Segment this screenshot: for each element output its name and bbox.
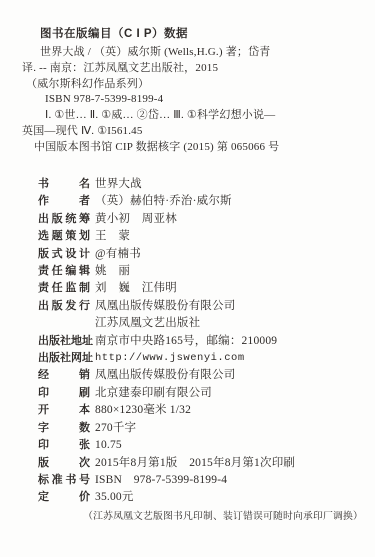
colophon-row: 责任监制刘 巍 江伟明 [38,280,367,297]
row-value: 35.00元 [95,489,367,506]
colophon-row: 字数270千字 [38,420,367,437]
colophon-row: 印刷北京建泰印刷有限公司 [38,385,367,402]
row-label: 出版统筹 [38,211,90,228]
row-value-line: 凤凰出版传媒股份有限公司 [95,298,367,315]
cip-line: 译. -- 南京：江苏凤凰文艺出版社，2015 [22,61,375,77]
cip-line: （威尔斯科幻作品系列） [26,77,375,93]
row-value: 刘 巍 江伟明 [95,280,367,297]
row-label: 选题策划 [38,228,90,245]
row-value: 姚 丽 [95,263,367,280]
row-value: 10.75 [95,437,367,454]
colophon-row: 定价35.00元 [38,489,367,506]
row-label: 标准书号 [38,472,90,489]
colophon-row: 作者（英）赫伯特·乔治·威尔斯 [38,193,367,210]
row-value: 北京建泰印刷有限公司 [95,385,367,402]
row-label: 责任监制 [38,280,90,297]
colophon-list: 书名世界大战作者（英）赫伯特·乔治·威尔斯出版统筹黄小初 周亚林选题策划王 蒙版… [38,176,367,507]
row-value-line: 刘 巍 江伟明 [95,280,367,297]
row-label: 开本 [38,402,90,419]
colophon-row: 经销凤凰出版传媒股份有限公司 [38,367,367,384]
row-value-line: @有楠书 [95,246,367,263]
colophon-row: 出版社地址南京市中央路165号，邮编：210009 [38,333,367,350]
row-label: 字数 [38,420,90,437]
colophon-row: 标准书号ISBN 978-7-5399-8199-4 [38,472,367,489]
row-value: 黄小初 周亚林 [95,211,367,228]
colophon-row: 印张10.75 [38,437,367,454]
row-value-line: 2015年8月第1版 2015年8月第1次印刷 [95,455,367,472]
colophon-row: 版式设计@有楠书 [38,246,367,263]
row-value: ISBN 978-7-5399-8199-4 [95,472,367,489]
colophon-row: 出版社网址http://www.jswenyi.com [38,350,367,367]
footer-note: （江苏凤凰文艺版图书凡印制、装订错误可随时向承印厂调换） [0,508,363,522]
cip-lines: 世界大战 / （英）威尔斯 (Wells,H.G.) 著；岱青译. -- 南京：… [0,45,375,156]
row-label: 版次 [38,455,90,472]
row-value: 凤凰出版传媒股份有限公司江苏凤凰文艺出版社 [95,298,367,333]
row-value: （英）赫伯特·乔治·威尔斯 [95,193,367,210]
colophon-row: 书名世界大战 [38,176,367,193]
row-label: 出版社网址 [38,350,90,367]
row-label: 书名 [38,176,90,193]
colophon-row: 责任编辑姚 丽 [38,263,367,280]
row-label: 责任编辑 [38,263,90,280]
row-value-line: 南京市中央路165号，邮编：210009 [95,333,367,350]
row-value-line: 世界大战 [95,176,367,193]
row-value-line: 880×1230毫米 1/32 [95,402,367,419]
row-value: 880×1230毫米 1/32 [95,402,367,419]
row-label: 版式设计 [38,246,90,263]
row-value-line: 江苏凤凰文艺出版社 [95,315,367,332]
colophon-row: 版次2015年8月第1版 2015年8月第1次印刷 [38,455,367,472]
row-label: 印刷 [38,385,90,402]
copyright-page: 图书在版编目（C I P）数据 世界大战 / （英）威尔斯 (Wells,H.G… [0,0,375,557]
row-value-line: 北京建泰印刷有限公司 [95,385,367,402]
row-value: 2015年8月第1版 2015年8月第1次印刷 [95,455,367,472]
colophon-row: 出版统筹黄小初 周亚林 [38,211,367,228]
cip-line: 世界大战 / （英）威尔斯 (Wells,H.G.) 著；岱青 [40,45,375,61]
row-value-line: http://www.jswenyi.com [95,350,367,367]
row-label: 定价 [38,489,90,506]
row-value-line: 黄小初 周亚林 [95,211,367,228]
row-value: 凤凰出版传媒股份有限公司 [95,367,367,384]
row-value-line: （英）赫伯特·乔治·威尔斯 [95,193,367,210]
row-value: 世界大战 [95,176,367,193]
row-value-line: ISBN 978-7-5399-8199-4 [95,472,367,489]
row-label: 出版发行 [38,298,90,315]
row-value-line: 35.00元 [95,489,367,506]
cip-title: 图书在版编目（C I P）数据 [40,26,375,42]
colophon-row: 选题策划王 蒙 [38,228,367,245]
row-label: 作者 [38,193,90,210]
cip-block: 图书在版编目（C I P）数据 世界大战 / （英）威尔斯 (Wells,H.G… [0,26,375,156]
row-value: 王 蒙 [95,228,367,245]
row-value-line: 姚 丽 [95,263,367,280]
cip-line: ISBN 978-7-5399-8199-4 [45,92,375,108]
row-label: 经销 [38,367,90,384]
cip-line: 英国—现代 Ⅳ. ①I561.45 [22,124,375,140]
row-value-line: 王 蒙 [95,228,367,245]
row-label: 印张 [38,437,90,454]
row-value: 南京市中央路165号，邮编：210009 [95,333,367,350]
cip-line: Ⅰ. ①世… Ⅱ. ①威… ②岱… Ⅲ. ①科学幻想小说— [45,108,375,124]
row-value: @有楠书 [95,246,367,263]
cip-line: 中国版本图书馆 CIP 数据核字 (2015) 第 065066 号 [34,140,375,156]
row-label: 出版社地址 [38,333,90,350]
row-value: 270千字 [95,420,367,437]
row-value-line: 270千字 [95,420,367,437]
row-value-line: 凤凰出版传媒股份有限公司 [95,367,367,384]
row-value: http://www.jswenyi.com [95,350,367,367]
row-value-line: 10.75 [95,437,367,454]
colophon-row: 出版发行凤凰出版传媒股份有限公司江苏凤凰文艺出版社 [38,298,367,333]
colophon-row: 开本880×1230毫米 1/32 [38,402,367,419]
